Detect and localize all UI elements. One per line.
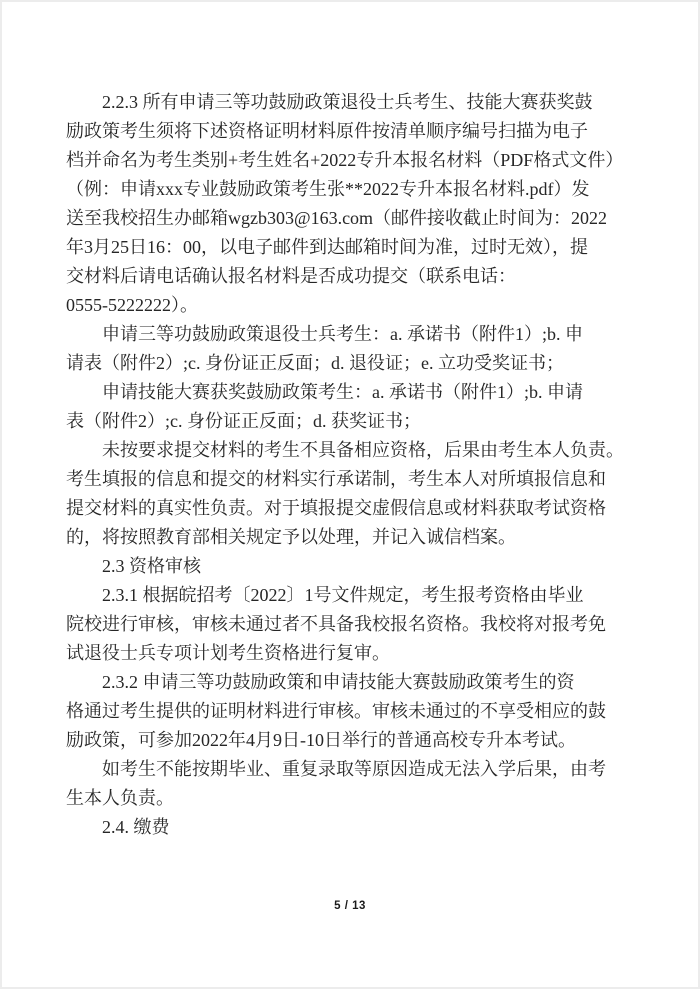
text-line: 考生填报的信息和提交的材料实行承诺制，考生本人对所填报信息和 — [66, 465, 614, 494]
text-line: 交材料后请电话确认报名材料是否成功提交（联系电话： — [66, 262, 614, 291]
text-line: 2.2.3 所有申请三等功鼓励政策退役士兵考生、技能大赛获奖鼓 — [66, 88, 614, 117]
text-line: 年3月25日16：00，以电子邮件到达邮箱时间为准，过时无效），提 — [66, 233, 614, 262]
paragraph-para-material-responsibility: 未按要求提交材料的考生不具备相应资格，后果由考生本人负责。考生填报的信息和提交的… — [66, 436, 614, 552]
page-footer: 5 / 13 — [2, 900, 698, 912]
text-line: 未按要求提交材料的考生不具备相应资格，后果由考生本人负责。 — [66, 436, 614, 465]
text-line: 2.3.2 申请三等功鼓励政策和申请技能大赛鼓励政策考生的资 — [66, 668, 614, 697]
paragraph-list-skills-competition-applicants: 申请技能大赛获奖鼓励政策考生：a. 承诺书（附件1）;b. 申请表（附件2）;c… — [66, 378, 614, 436]
text-line: 院校进行审核，审核未通过者不具备我校报名资格。我校将对报考免 — [66, 610, 614, 639]
text-line: 格通过考生提供的证明材料进行审核。审核未通过的不享受相应的鼓 — [66, 697, 614, 726]
text-line: 2.3 资格审核 — [66, 552, 614, 581]
paragraph-list-third-class-merit-applicants: 申请三等功鼓励政策退役士兵考生：a. 承诺书（附件1）;b. 申请表（附件2）;… — [66, 320, 614, 378]
text-line: 档并命名为考生类别+考生姓名+2022专升本报名材料（PDF格式文件） — [66, 146, 614, 175]
text-line: 申请三等功鼓励政策退役士兵考生：a. 承诺书（附件1）;b. 申 — [66, 320, 614, 349]
text-line: 如考生不能按期毕业、重复录取等原因造成无法入学后果，由考 — [66, 755, 614, 784]
paragraph-para-enrollment-failure-responsibility: 如考生不能按期毕业、重复录取等原因造成无法入学后果，由考生本人负责。 — [66, 755, 614, 813]
text-line: 表（附件2）;c. 身份证正反面；d. 获奖证书； — [66, 407, 614, 436]
text-line: 2.4. 缴费 — [66, 813, 614, 842]
paragraph-section-2-2-3-materials-submission: 2.2.3 所有申请三等功鼓励政策退役士兵考生、技能大赛获奖鼓励政策考生须将下述… — [66, 88, 614, 320]
text-line: 申请技能大赛获奖鼓励政策考生：a. 承诺书（附件1）;b. 申请 — [66, 378, 614, 407]
text-line: 请表（附件2）;c. 身份证正反面；d. 退役证；e. 立功受奖证书； — [66, 349, 614, 378]
text-line: 的，将按照教育部相关规定予以处理，并记入诚信档案。 — [66, 523, 614, 552]
paragraph-heading-2-3-qualification-review: 2.3 资格审核 — [66, 552, 614, 581]
text-line: 2.3.1 根据皖招考〔2022〕1号文件规定，考生报考资格由毕业 — [66, 581, 614, 610]
document-content: 2.2.3 所有申请三等功鼓励政策退役士兵考生、技能大赛获奖鼓励政策考生须将下述… — [66, 88, 614, 842]
page-number: 5 / 13 — [334, 900, 366, 912]
text-line: 试退役士兵专项计划考生资格进行复审。 — [66, 639, 614, 668]
paragraph-section-2-3-2-incentive-review: 2.3.2 申请三等功鼓励政策和申请技能大赛鼓励政策考生的资格通过考生提供的证明… — [66, 668, 614, 755]
text-line: 0555-5222222）。 — [66, 291, 614, 320]
text-line: 送至我校招生办邮箱wgzb303@163.com（邮件接收截止时间为：2022 — [66, 204, 614, 233]
document-page: 2.2.3 所有申请三等功鼓励政策退役士兵考生、技能大赛获奖鼓励政策考生须将下述… — [0, 0, 700, 989]
text-line: （例：申请xxx专业鼓励政策考生张**2022专升本报名材料.pdf）发 — [66, 175, 614, 204]
paragraph-section-2-3-1-review-by-college: 2.3.1 根据皖招考〔2022〕1号文件规定，考生报考资格由毕业院校进行审核，… — [66, 581, 614, 668]
text-line: 励政策，可参加2022年4月9日-10日举行的普通高校专升本考试。 — [66, 726, 614, 755]
text-line: 励政策考生须将下述资格证明材料原件按清单顺序编号扫描为电子 — [66, 117, 614, 146]
paragraph-heading-2-4-payment: 2.4. 缴费 — [66, 813, 614, 842]
text-line: 生本人负责。 — [66, 784, 614, 813]
text-line: 提交材料的真实性负责。对于填报提交虚假信息或材料获取考试资格 — [66, 494, 614, 523]
